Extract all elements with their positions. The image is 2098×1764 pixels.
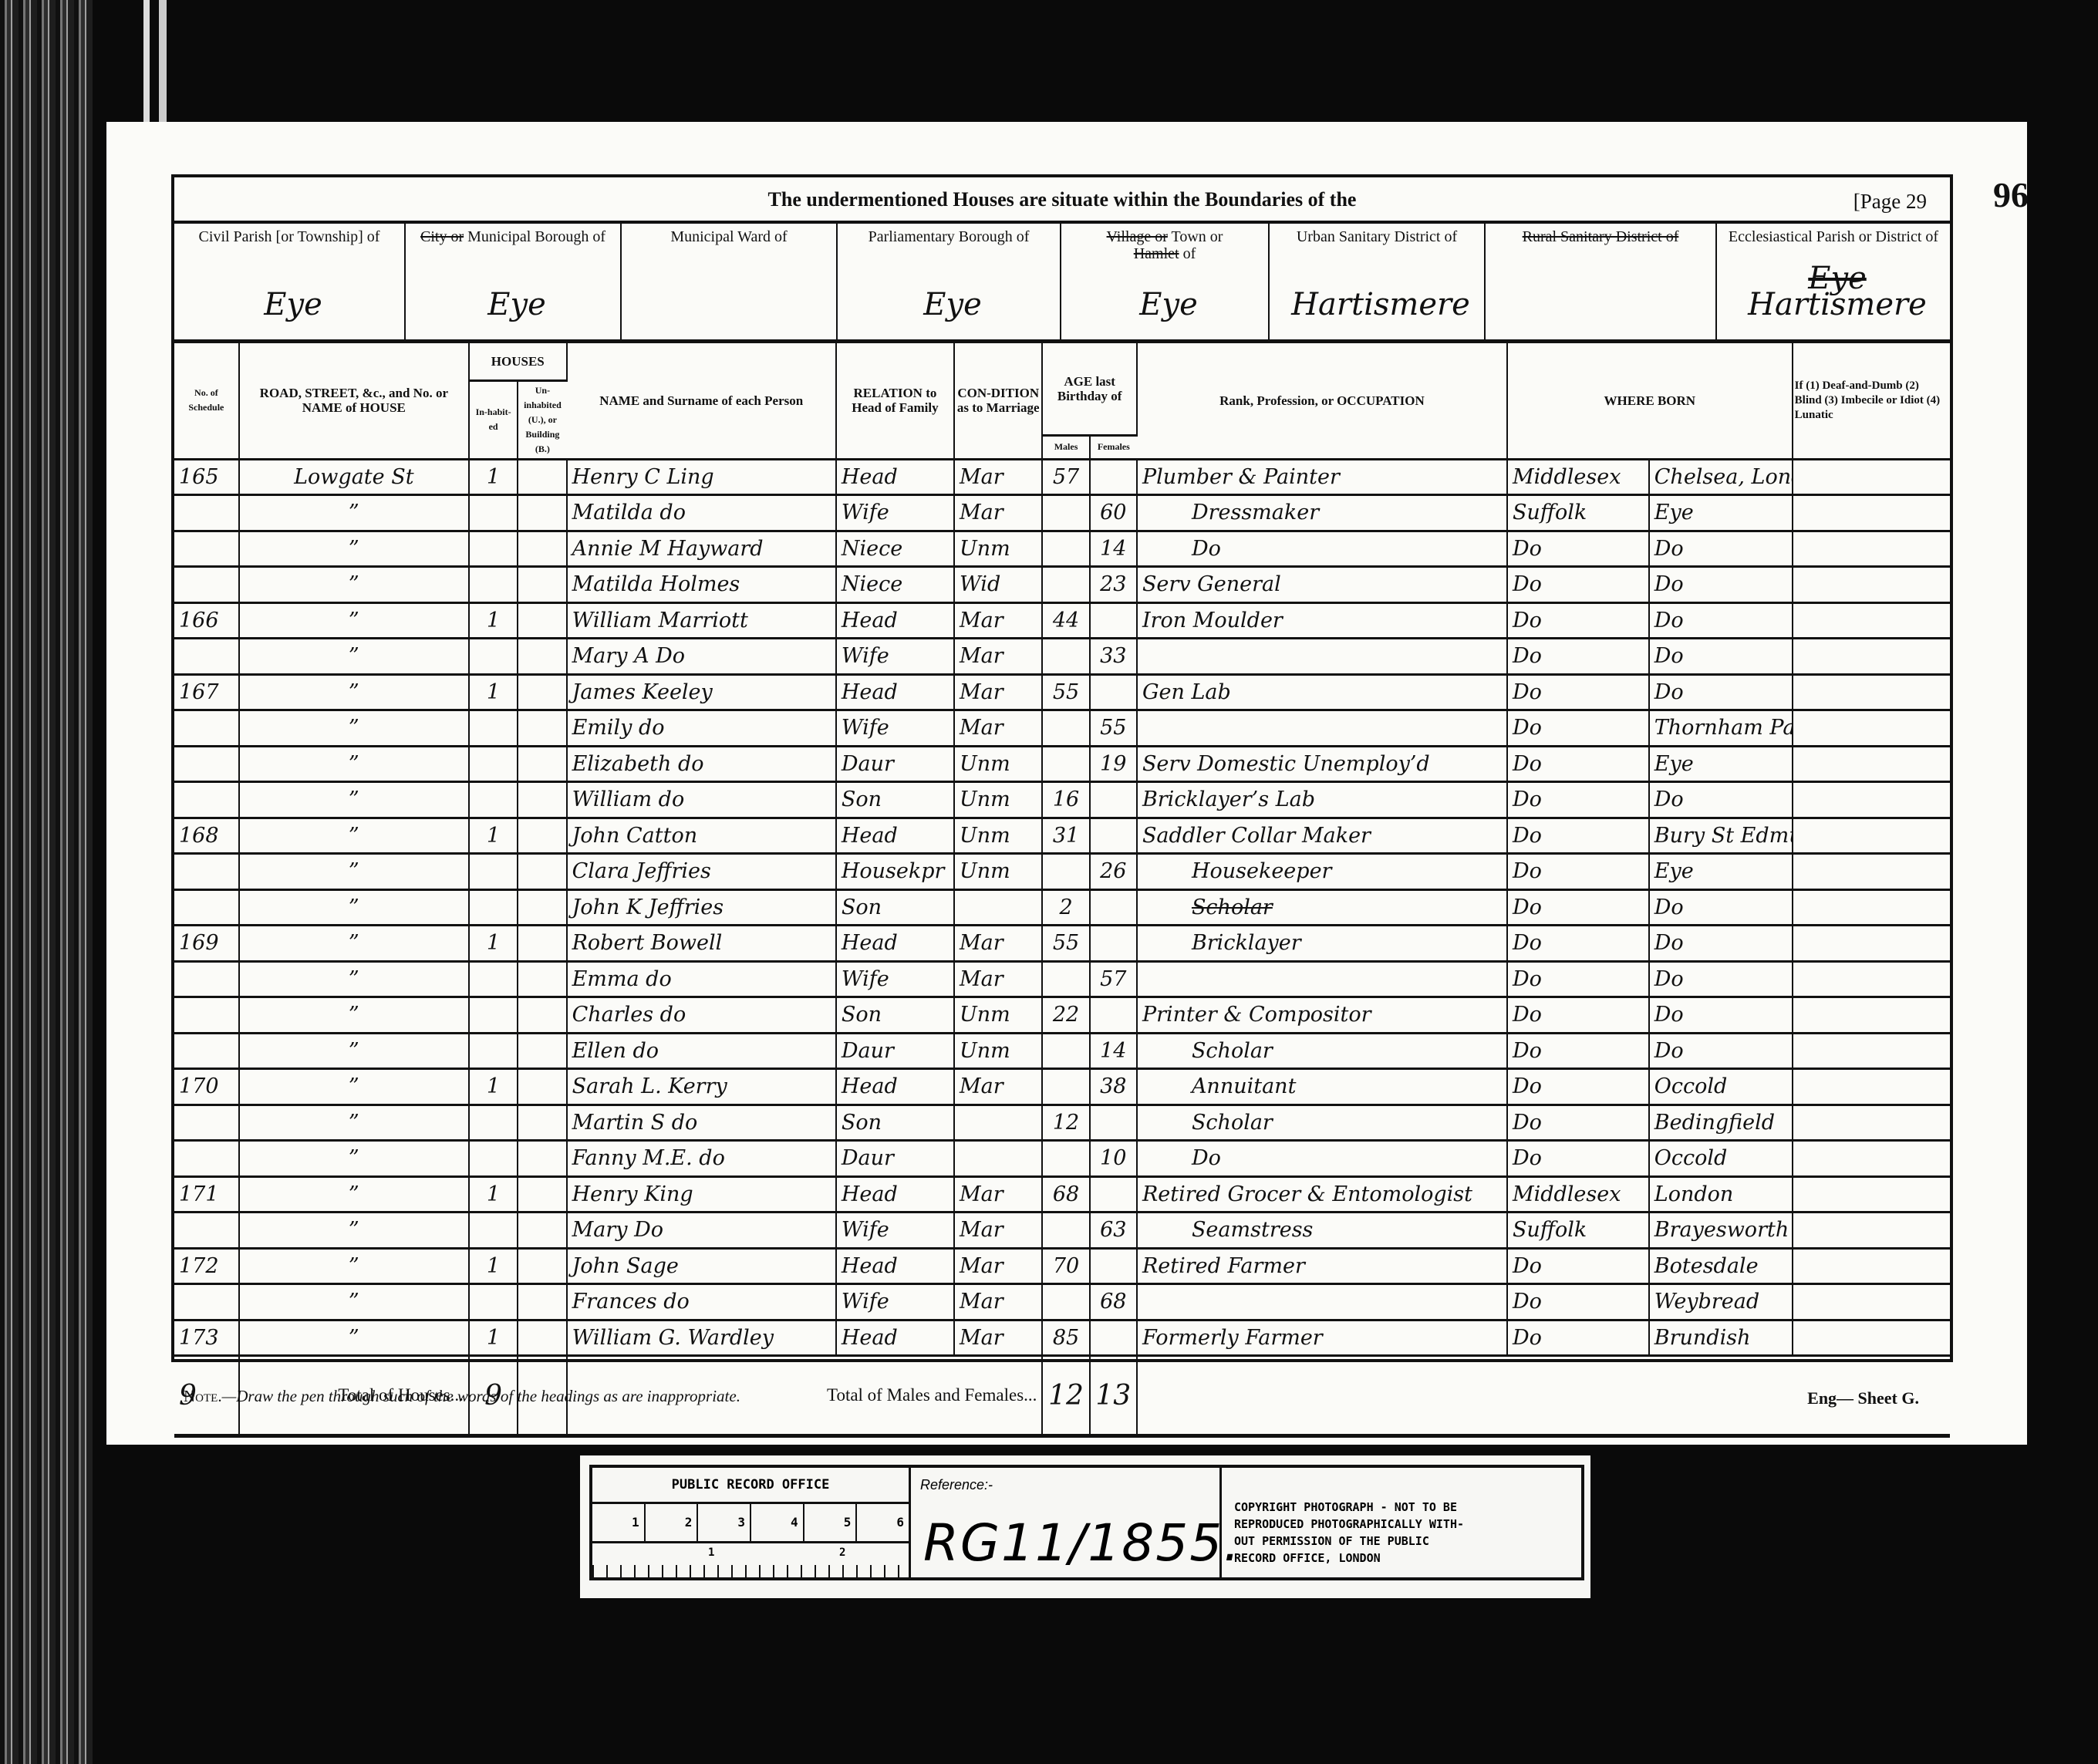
person-name: Matilda Holmes [567,567,836,603]
district-field: Rural Sanitary District of [1486,224,1717,339]
schedule-no [174,1141,239,1177]
relation: Housekpr [836,854,954,890]
col-males: Males [1042,435,1089,459]
birth-parish: Do [1649,639,1793,675]
census-row: ”Clara JeffriesHousekprUnm26HousekeeperD… [174,854,1950,890]
uninhabited [518,926,566,962]
birth-county: Do [1507,567,1649,603]
pro-reference-strip: PUBLIC RECORD OFFICE 123456 12 Reference… [580,1455,1590,1598]
person-name: Ellen do [567,1033,836,1069]
census-row: ”Martin S doSon12ScholarDoBedingfield [174,1105,1950,1141]
infirmity [1793,710,1950,747]
person-name: Henry C Ling [567,459,836,495]
male-age: 57 [1042,459,1089,495]
birth-county: Do [1507,1248,1649,1284]
district-field: Urban Sanitary District ofHartismere [1270,224,1486,339]
male-age [1042,1284,1089,1320]
pro-box: PUBLIC RECORD OFFICE 123456 12 Reference… [589,1465,1584,1580]
infirmity [1793,1033,1950,1069]
district-field: Municipal Ward of [622,224,838,339]
condition: Unm [954,746,1042,782]
person-name: Annie M Hayward [567,531,836,567]
banner-title: The undermentioned Houses are situate wi… [174,188,1950,211]
condition: Mar [954,1320,1042,1356]
condition: Mar [954,674,1042,710]
district-value: Eye [853,287,1052,322]
occupation: Scholar [1137,889,1507,926]
col-houses: HOUSES [469,343,567,380]
census-row: 166”1William MarriottHeadMar44Iron Mould… [174,602,1950,639]
road-street: Lowgate St [239,459,469,495]
infirmity [1793,926,1950,962]
schedule-no [174,997,239,1034]
female-age: 63 [1090,1213,1137,1249]
ruler-number: 4 [751,1504,804,1541]
birth-county: Middlesex [1507,1176,1649,1213]
infirmity [1793,1320,1950,1356]
female-age: 10 [1090,1141,1137,1177]
birth-county: Do [1507,782,1649,818]
birth-parish: Eye [1649,854,1793,890]
census-row: 170”1Sarah L. KerryHeadMar38AnnuitantDoO… [174,1069,1950,1105]
copyright-line: RECORD OFFICE, LONDON [1234,1550,1581,1567]
birth-county: Do [1507,710,1649,747]
uninhabited [518,602,566,639]
uninhabited [518,1213,566,1249]
birth-parish: Eye [1649,746,1793,782]
birth-parish: Eye [1649,495,1793,531]
inhabited-count: 1 [469,1069,518,1105]
district-label: Rural Sanitary District of [1486,228,1715,245]
schedule-no: 165 [174,459,239,495]
occupation: Annuitant [1137,1069,1507,1105]
relation: Wife [836,710,954,747]
male-age [1042,1033,1089,1069]
condition: Mar [954,710,1042,747]
occupation: Iron Moulder [1137,602,1507,639]
male-age: 31 [1042,818,1089,854]
col-uninhabited: Un-inhabited (U.), or Building (B.) [518,380,566,459]
occupation: Housekeeper [1137,854,1507,890]
inhabited-count: 1 [469,818,518,854]
infirmity [1793,782,1950,818]
birth-county: Do [1507,1069,1649,1105]
person-name: Mary A Do [567,639,836,675]
female-age: 14 [1090,531,1137,567]
occupation: Saddler Collar Maker [1137,818,1507,854]
district-value: Eye [190,287,396,322]
relation: Head [836,926,954,962]
relation: Son [836,782,954,818]
condition: Mar [954,1284,1042,1320]
birth-parish: Brayesworth [1649,1213,1793,1249]
infirmity [1793,1213,1950,1249]
copyright-line: COPYRIGHT PHOTOGRAPH - NOT TO BE [1234,1499,1581,1516]
relation: Wife [836,639,954,675]
occupation: Gen Lab [1137,674,1507,710]
census-row: 171”1Henry KingHeadMar68Retired Grocer &… [174,1176,1950,1213]
person-name: Charles do [567,997,836,1034]
occupation: Formerly Farmer [1137,1320,1507,1356]
occupation [1137,639,1507,675]
district-label: Civil Parish [or Township] of [174,228,404,245]
occupation: Dressmaker [1137,495,1507,531]
schedule-no: 172 [174,1248,239,1284]
person-name: John K Jeffries [567,889,836,926]
schedule-no [174,889,239,926]
birth-parish: Do [1649,602,1793,639]
schedule-no: 170 [174,1069,239,1105]
schedule-no [174,710,239,747]
inhabited-count: 1 [469,459,518,495]
schedule-no [174,567,239,603]
census-row: ”Emily doWifeMar55DoThornham Parva [174,710,1950,747]
infirmity [1793,997,1950,1034]
schedule-no [174,531,239,567]
person-name: Fanny M.E. do [567,1141,836,1177]
infirmity [1793,1069,1950,1105]
male-age [1042,1069,1089,1105]
person-name: Sarah L. Kerry [567,1069,836,1105]
schedule-no [174,495,239,531]
condition: Mar [954,495,1042,531]
relation: Daur [836,746,954,782]
birth-county: Do [1507,531,1649,567]
person-name: Elizabeth do [567,746,836,782]
male-age: 12 [1042,1105,1089,1141]
female-age [1090,782,1137,818]
census-row: ”Matilda HolmesNieceWid23Serv GeneralDoD… [174,567,1950,603]
infirmity [1793,889,1950,926]
male-age [1042,639,1089,675]
census-row: ”Fanny M.E. doDaur10DoDoOccold [174,1141,1950,1177]
road-street: ” [239,782,469,818]
birth-parish: Botesdale [1649,1248,1793,1284]
district-value: Eye [421,287,612,322]
birth-county: Do [1507,1033,1649,1069]
birth-parish: Brundish [1649,1320,1793,1356]
occupation: Printer & Compositor [1137,997,1507,1034]
occupation: Retired Farmer [1137,1248,1507,1284]
col-schedule: No. of Schedule [174,343,239,459]
census-page: 96 The undermentioned Houses are situate… [106,122,2027,1445]
note-prefix: Note. [184,1387,222,1405]
female-age [1090,818,1137,854]
note-text: —Draw the pen through such of the words … [222,1387,740,1405]
birth-parish: Do [1649,531,1793,567]
infirmity [1793,639,1950,675]
schedule-no: 168 [174,818,239,854]
road-street: ” [239,1069,469,1105]
district-field: Village or Town orHamlet ofEye [1061,224,1270,339]
inhabited-count [469,961,518,997]
person-name: William do [567,782,836,818]
male-age [1042,854,1089,890]
footer-note: Note.—Draw the pen through such of the w… [184,1387,740,1406]
female-age [1090,602,1137,639]
person-name: William Marriott [567,602,836,639]
condition [954,1141,1042,1177]
road-street: ” [239,961,469,997]
district-value: Hartismere [1285,287,1476,322]
person-name: Martin S do [567,1105,836,1141]
road-street: ” [239,567,469,603]
male-age [1042,961,1089,997]
road-street: ” [239,674,469,710]
schedule-no [174,1033,239,1069]
schedule-no [174,961,239,997]
male-age: 44 [1042,602,1089,639]
birth-county: Do [1507,639,1649,675]
col-relation: RELATION to Head of Family [836,343,954,459]
road-street: ” [239,1248,469,1284]
male-age [1042,1213,1089,1249]
birth-parish: Do [1649,889,1793,926]
road-street: ” [239,495,469,531]
person-name: William G. Wardley [567,1320,836,1356]
birth-parish: Do [1649,997,1793,1034]
infirmity [1793,1105,1950,1141]
district-field: Civil Parish [or Township] ofEye [174,224,406,339]
condition: Mar [954,1069,1042,1105]
inhabited-count [469,997,518,1034]
infirmity [1793,567,1950,603]
male-age [1042,1141,1089,1177]
birth-county: Do [1507,1105,1649,1141]
birth-county: Do [1507,997,1649,1034]
inhabited-count [469,889,518,926]
col-age: AGE last Birthday of [1042,343,1137,435]
occupation: Do [1137,531,1507,567]
condition: Mar [954,639,1042,675]
birth-parish: Occold [1649,1069,1793,1105]
infirmity [1793,1284,1950,1320]
birth-county: Middlesex [1507,459,1649,495]
col-where-born: WHERE BORN [1507,343,1793,459]
census-row: 167”1James KeeleyHeadMar55Gen LabDoDo [174,674,1950,710]
female-age [1090,997,1137,1034]
relation: Head [836,1069,954,1105]
person-name: Emma do [567,961,836,997]
person-name: Clara Jeffries [567,854,836,890]
road-street: ” [239,926,469,962]
birth-parish: Do [1649,674,1793,710]
occupation: Serv Domestic Unemploy’d [1137,746,1507,782]
condition: Mar [954,1213,1042,1249]
male-age [1042,746,1089,782]
male-age: 55 [1042,926,1089,962]
reference-value: RG11/1855. [923,1513,1241,1573]
schedule-no [174,1213,239,1249]
relation: Head [836,818,954,854]
person-name: John Sage [567,1248,836,1284]
col-condition: CON-DITION as to Marriage [954,343,1042,459]
birth-county: Do [1507,818,1649,854]
person-name: James Keeley [567,674,836,710]
road-street: ” [239,997,469,1034]
condition: Unm [954,854,1042,890]
inhabited-count: 1 [469,1248,518,1284]
male-age: 2 [1042,889,1089,926]
census-row: 172”1John SageHeadMar70Retired FarmerDoB… [174,1248,1950,1284]
female-age: 55 [1090,710,1137,747]
total-males: 12 [1042,1356,1089,1436]
copyright-line: REPRODUCED PHOTOGRAPHICALLY WITH- [1234,1516,1581,1533]
birth-county: Do [1507,1284,1649,1320]
female-age [1090,1320,1137,1356]
birth-parish: Thornham Parva [1649,710,1793,747]
infirmity [1793,1176,1950,1213]
female-age: 26 [1090,854,1137,890]
district-value: Eye [1077,287,1260,322]
pro-reference: Reference:- RG11/1855. [911,1468,1222,1577]
copyright-notice: COPYRIGHT PHOTOGRAPH - NOT TO BEREPRODUC… [1222,1468,1581,1577]
relation: Niece [836,567,954,603]
uninhabited [518,1033,566,1069]
birth-county: Do [1507,961,1649,997]
copyright-line: OUT PERMISSION OF THE PUBLIC [1234,1533,1581,1550]
relation: Son [836,997,954,1034]
condition: Unm [954,782,1042,818]
male-age: 16 [1042,782,1089,818]
relation: Head [836,602,954,639]
census-row: ”John K JeffriesSon2ScholarDoDo [174,889,1950,926]
condition: Mar [954,602,1042,639]
inhabited-count [469,1105,518,1141]
road-street: ” [239,1320,469,1356]
birth-county: Do [1507,854,1649,890]
road-street: ” [239,1213,469,1249]
birth-parish: Occold [1649,1141,1793,1177]
col-females: Females [1090,435,1137,459]
occupation: Serv General [1137,567,1507,603]
district-label: Village or Town orHamlet of [1061,228,1268,262]
ruler-numbers: 123456 [592,1504,909,1543]
female-age: 33 [1090,639,1137,675]
schedule-no [174,854,239,890]
inhabited-count [469,1033,518,1069]
schedule-no: 167 [174,674,239,710]
census-row: ”William doSonUnm16Bricklayer’s LabDoDo [174,782,1950,818]
ruler-number: 1 [592,1504,646,1541]
relation: Head [836,1320,954,1356]
condition: Unm [954,997,1042,1034]
person-name: John Catton [567,818,836,854]
person-name: Robert Bowell [567,926,836,962]
inhabited-count [469,495,518,531]
ruler-number: 3 [698,1504,751,1541]
uninhabited [518,1320,566,1356]
inhabited-count: 1 [469,926,518,962]
uninhabited [518,997,566,1034]
census-row: ”Charles doSonUnm22Printer & CompositorD… [174,997,1950,1034]
uninhabited [518,710,566,747]
person-name: Henry King [567,1176,836,1213]
uninhabited [518,495,566,531]
total-females: 13 [1090,1356,1137,1436]
relation: Head [836,1248,954,1284]
inhabited-count [469,782,518,818]
inhabited-count [469,746,518,782]
female-age [1090,1105,1137,1141]
female-age [1090,1176,1137,1213]
relation: Niece [836,531,954,567]
relation: Daur [836,1033,954,1069]
occupation: Bricklayer’s Lab [1137,782,1507,818]
birth-parish: Do [1649,1033,1793,1069]
condition: Mar [954,1176,1042,1213]
infirmity [1793,602,1950,639]
birth-county: Do [1507,889,1649,926]
condition [954,889,1042,926]
birth-parish: Weybread [1649,1284,1793,1320]
male-age [1042,710,1089,747]
male-age: 70 [1042,1248,1089,1284]
district-label: Parliamentary Borough of [838,228,1060,245]
uninhabited [518,639,566,675]
condition: Mar [954,459,1042,495]
folio-number: 96 [1993,174,2029,215]
male-age [1042,531,1089,567]
birth-county: Do [1507,1141,1649,1177]
birth-county: Do [1507,1320,1649,1356]
relation: Head [836,459,954,495]
female-age: 38 [1090,1069,1137,1105]
condition: Mar [954,1248,1042,1284]
infirmity [1793,961,1950,997]
schedule-no [174,782,239,818]
male-age: 55 [1042,674,1089,710]
occupation: Seamstress [1137,1213,1507,1249]
female-age: 60 [1090,495,1137,531]
inhabited-count [469,1213,518,1249]
road-street: ” [239,1176,469,1213]
ruler-scale: 12 [592,1543,909,1577]
schedule-no: 171 [174,1176,239,1213]
relation: Wife [836,961,954,997]
infirmity [1793,818,1950,854]
uninhabited [518,1069,566,1105]
page-number: [Page 29 [1853,190,1927,214]
road-street: ” [239,639,469,675]
birth-county: Do [1507,746,1649,782]
col-road: ROAD, STREET, &c., and No. or NAME of HO… [239,343,469,459]
road-street: ” [239,531,469,567]
boundaries-banner: The undermentioned Houses are situate wi… [174,177,1950,224]
reference-label: Reference:- [920,1477,993,1493]
uninhabited [518,1284,566,1320]
schedule-no: 166 [174,602,239,639]
census-sheet: The undermentioned Houses are situate wi… [171,174,1953,1362]
inhabited-count [469,567,518,603]
road-street: ” [239,1141,469,1177]
uninhabited [518,531,566,567]
district-label: Municipal Ward of [622,228,836,245]
occupation: Plumber & Painter [1137,459,1507,495]
relation: Head [836,1176,954,1213]
uninhabited [518,459,566,495]
condition: Mar [954,961,1042,997]
schedule-no [174,639,239,675]
female-age [1090,674,1137,710]
birth-parish: Do [1649,782,1793,818]
road-street: ” [239,1033,469,1069]
col-name: NAME and Surname of each Person [567,343,836,459]
film-edge [0,0,93,1764]
inhabited-count: 1 [469,674,518,710]
infirmity [1793,1248,1950,1284]
inhabited-count [469,854,518,890]
